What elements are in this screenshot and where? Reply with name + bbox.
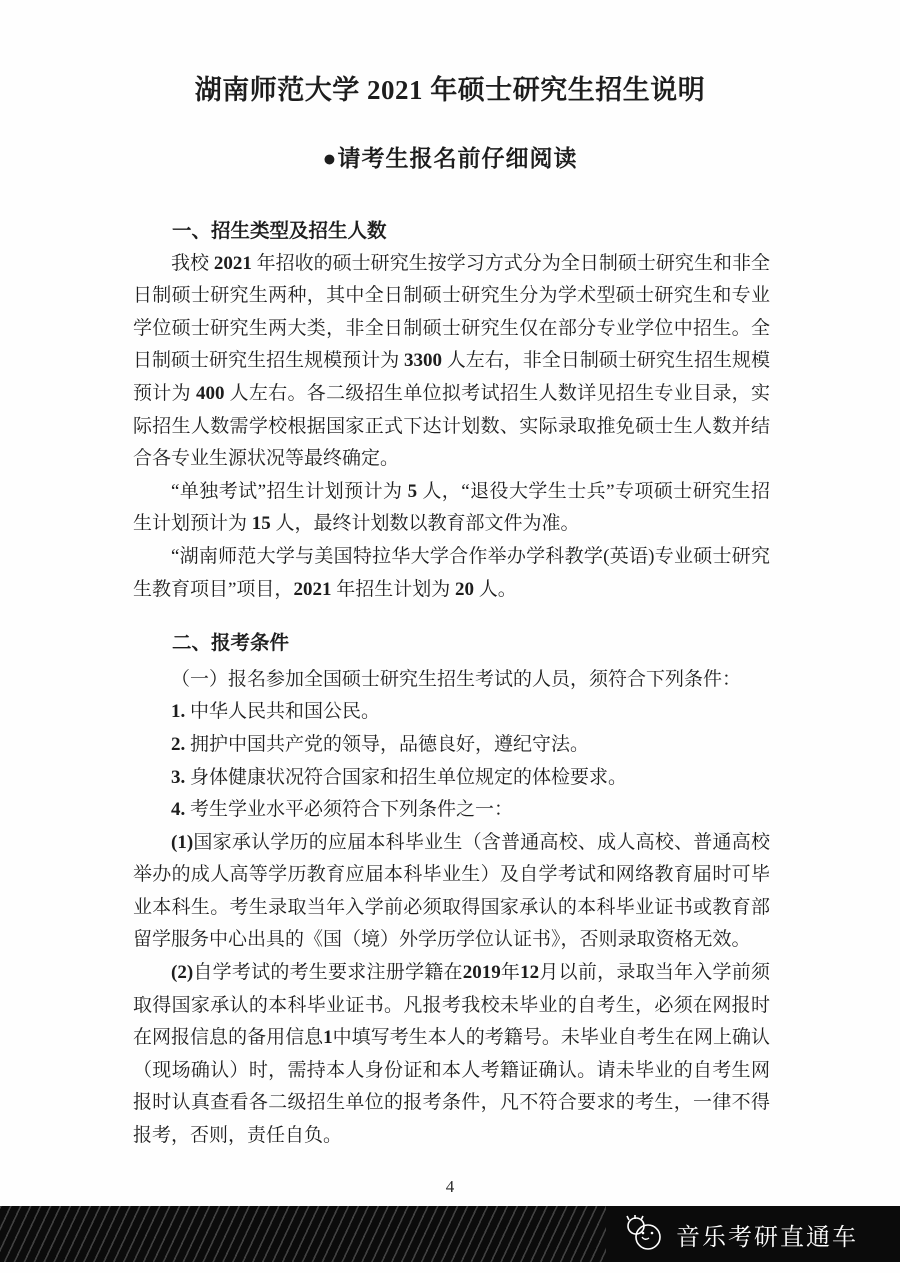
document-page: 湖南师范大学 2021 年硕士研究生招生说明 ●请考生报名前仔细阅读 一、招生类… (0, 0, 900, 1273)
page-title: 湖南师范大学 2021 年硕士研究生招生说明 (60, 68, 840, 107)
section-heading: 一、招生类型及招生人数 (133, 215, 770, 248)
paragraph: (2)自学考试的考生要求注册学籍在2019年12月以前，录取当年入学前须取得国家… (133, 957, 770, 1153)
brand-name: 音乐考研直通车 (676, 1217, 858, 1252)
paragraph: 2. 拥护中国共产党的领导，品德良好，遵纪守法。 (133, 729, 770, 762)
document-body: 一、招生类型及招生人数我校 2021 年招收的硕士研究生按学习方式分为全日制硕士… (133, 215, 770, 1153)
footer-watermark-bar: 音乐考研直通车 (0, 1206, 900, 1262)
paragraph: “湖南师范大学与美国特拉华大学合作举办学科教学(英语)专业硕士研究生教育项目”项… (133, 541, 770, 606)
cat-face-logo-icon (622, 1215, 666, 1253)
paragraph: (1)国家承认学历的应届本科毕业生（含普通高校、成人高校、普通高校举办的成人高等… (133, 827, 770, 957)
page-number: 4 (0, 1177, 900, 1197)
page-subtitle: ●请考生报名前仔细阅读 (0, 140, 900, 173)
section-heading: 二、报考条件 (133, 627, 770, 660)
brand-watermark: 音乐考研直通车 (606, 1206, 900, 1262)
paragraph: 4. 考生学业水平必须符合下列条件之一： (133, 794, 770, 827)
paragraph: 3. 身体健康状况符合国家和招生单位规定的体检要求。 (133, 762, 770, 795)
diagonal-stripes-pattern (0, 1206, 606, 1262)
paragraph: “单独考试”招生计划预计为 5 人，“退役大学生士兵”专项硕士研究生招生计划预计… (133, 476, 770, 541)
paragraph: 1. 中华人民共和国公民。 (133, 696, 770, 729)
paragraph: （一）报名参加全国硕士研究生招生考试的人员，须符合下列条件： (133, 664, 770, 697)
paragraph: 我校 2021 年招收的硕士研究生按学习方式分为全日制硕士研究生和非全日制硕士研… (133, 248, 770, 476)
